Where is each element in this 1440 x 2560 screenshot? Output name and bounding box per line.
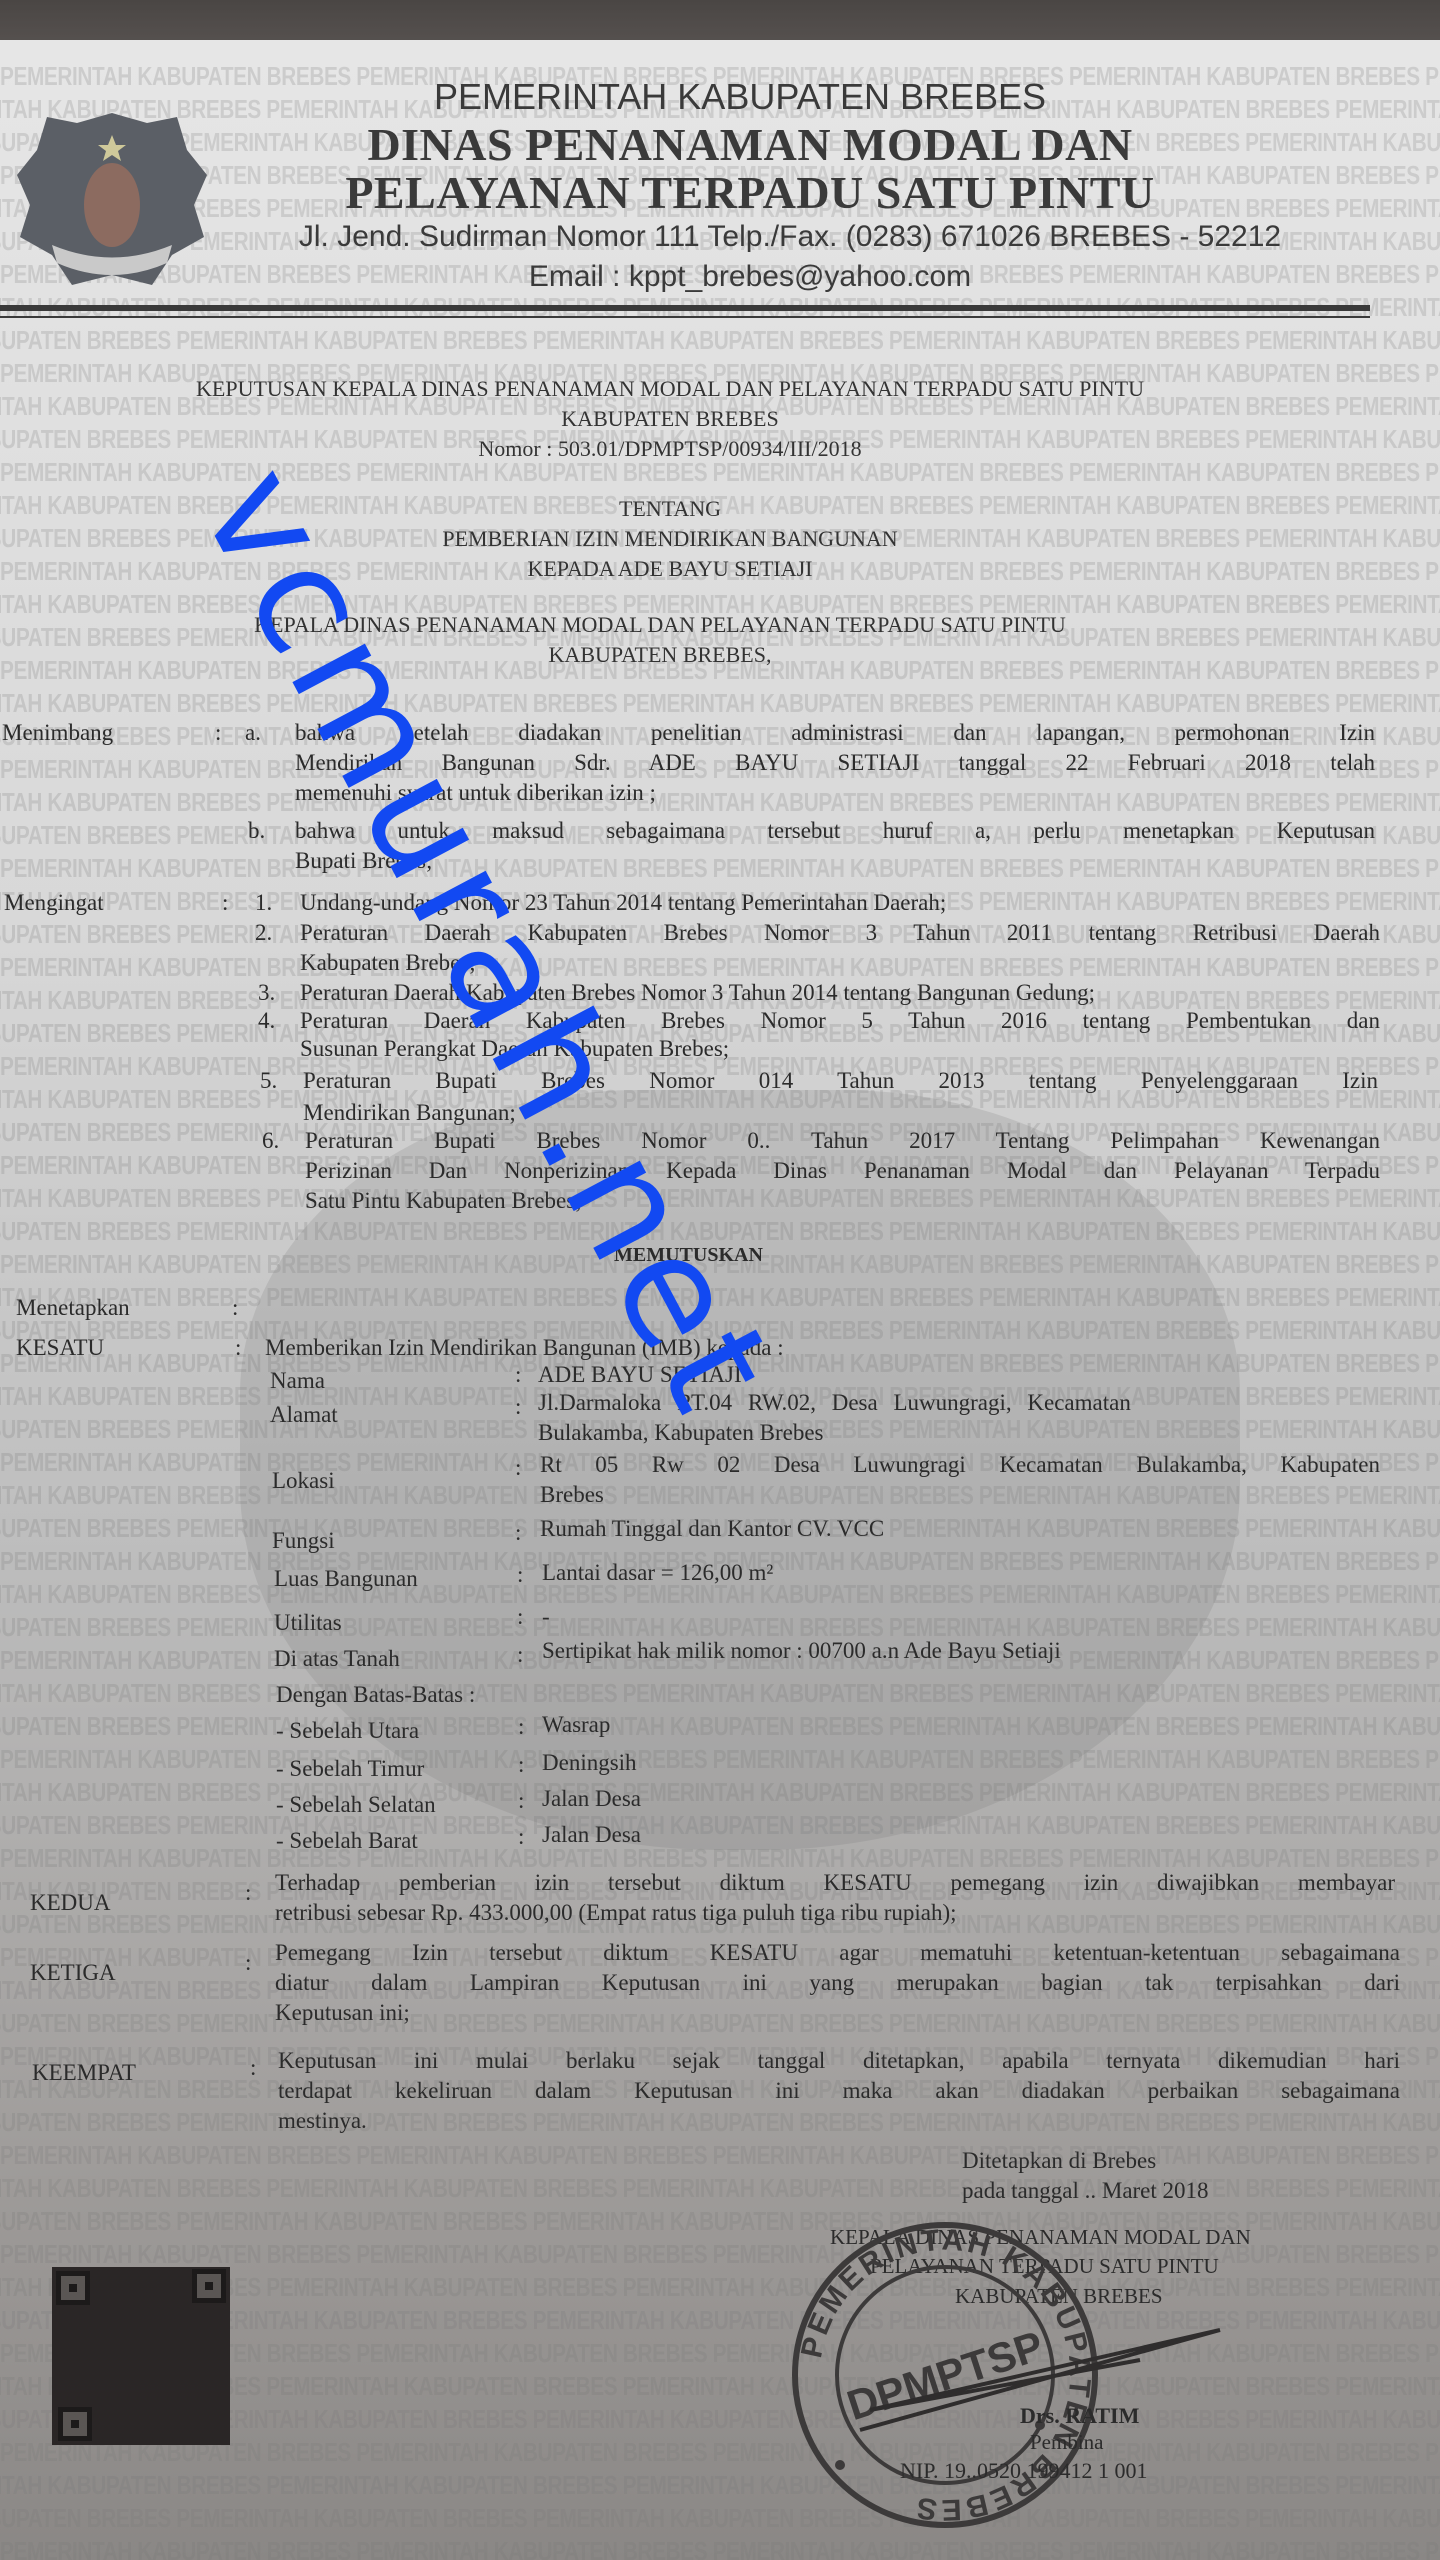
mengingat-1-line1: Undang-undang Nomor 23 Tahun 2014 tentan… (300, 890, 946, 916)
decree-subject-line2: KEPADA ADE BAYU SETIAJI (100, 556, 1240, 582)
boundaries-label: Dengan Batas-Batas : (276, 1682, 475, 1708)
keempat-line1: Keputusan ini mulai berlaku sejak tangga… (278, 2048, 1400, 2074)
issuer-line1: KEPALA DINAS PENANAMAN MODAL DAN PELAYAN… (60, 612, 1260, 638)
menetapkan-label: Menetapkan (16, 1295, 130, 1321)
field-value-lokasi-line1: Rt 05 Rw 02 Desa Luwungragi Kecamatan Bu… (540, 1452, 1380, 1478)
regency-emblem-icon (12, 105, 212, 295)
ketiga-line2: diatur dalam Lampiran Keputusan ini yang… (275, 1970, 1400, 1996)
field-value-lokasi-line2: Brebes (540, 1482, 604, 1508)
boundary-north-sep: : (518, 1714, 524, 1740)
mengingat-4-marker: 4. (258, 1008, 275, 1034)
kesatu-intro: Memberikan Izin Mendirikan Bangunan (IMB… (265, 1335, 784, 1361)
boundary-north-value: Wasrap (542, 1712, 610, 1738)
kedua-line1: Terhadap pemberian izin tersebut diktum … (275, 1870, 1395, 1896)
ketiga-label: KETIGA (30, 1960, 116, 1986)
boundary-west-value: Jalan Desa (542, 1822, 641, 1848)
issuer-line2: KABUPATEN BREBES, (60, 642, 1260, 668)
boundary-east-label: - Sebelah Timur (276, 1756, 424, 1782)
field-label-alamat: Alamat (270, 1402, 338, 1428)
signatory-rank: Pembina (1030, 2430, 1104, 2455)
mengingat-6-line1: Peraturan Bupati Brebes Nomor 0.. Tahun … (305, 1128, 1380, 1154)
menimbang-separator: : (215, 720, 221, 746)
mengingat-2-marker: 2. (255, 920, 272, 946)
decree-title-line2: KABUPATEN BREBES (100, 406, 1240, 432)
field-value-di-atas-tanah: Sertipikat hak milik nomor : 00700 a.n A… (542, 1638, 1061, 1664)
mengingat-5-line1: Peraturan Bupati Brebes Nomor 014 Tahun … (303, 1068, 1378, 1094)
field-value-alamat-line1: Jl.Darmaloka RT.04 RW.02, Desa Luwungrag… (538, 1390, 1131, 1416)
mengingat-4-line2: Susunan Perangkat Daerah Kabupaten Brebe… (300, 1036, 729, 1062)
field-label-nama: Nama (270, 1368, 325, 1394)
mengingat-label: Mengingat (4, 890, 104, 916)
field-sep-lokasi: : (515, 1455, 521, 1481)
letterhead-divider-thick (0, 305, 1370, 311)
signature-date: pada tanggal .. Maret 2018 (962, 2178, 1209, 2204)
kedua-separator: : (245, 1880, 251, 1906)
mengingat-1-marker: 1. (255, 890, 272, 916)
mengingat-4-line1: Peraturan Daerah Kabupaten Brebes Nomor … (300, 1008, 1380, 1034)
field-value-luas-bangunan: Lantai dasar = 126,00 m² (542, 1560, 773, 1586)
field-label-lokasi: Lokasi (272, 1468, 335, 1494)
menimbang-a-marker: a. (245, 720, 261, 746)
field-sep-nama: : (515, 1362, 521, 1388)
signatory-name: Drs. RATIM (1020, 2403, 1139, 2429)
menimbang-b-line1: bahwa untuk maksud sebagaimana tersebut … (295, 818, 1375, 844)
menimbang-a-line3: memenuhi syarat untuk diberikan izin ; (295, 780, 656, 806)
government-name: PEMERINTAH KABUPATEN BREBES (320, 76, 1160, 118)
mengingat-6-line3: Satu Pintu Kabupaten Brebes; (305, 1188, 582, 1214)
field-value-nama: ADE BAYU SETIAJI (538, 1362, 742, 1388)
boundary-east-sep: : (518, 1752, 524, 1778)
field-label-luas-bangunan: Luas Bangunan (274, 1566, 418, 1592)
boundary-west-label: - Sebelah Barat (276, 1828, 418, 1854)
kedua-label: KEDUA (30, 1890, 111, 1916)
ketiga-separator: : (245, 1950, 251, 1976)
menimbang-a-line2: Mendirikan Bangunan Sdr. ADE BAYU SETIAJ… (295, 750, 1375, 776)
agency-email: Email : kppt_brebes@yahoo.com (400, 260, 1100, 294)
field-value-alamat-line2: Bulakamba, Kabupaten Brebes (538, 1420, 824, 1446)
keempat-line3: mestinya. (278, 2108, 367, 2134)
agency-name-line1: DINAS PENANAMAN MODAL DAN (260, 118, 1240, 171)
mengingat-3-marker: 3. (258, 980, 275, 1006)
keempat-separator: : (250, 2055, 256, 2081)
decree-title-line1: KEPUTUSAN KEPALA DINAS PENANAMAN MODAL D… (100, 376, 1240, 402)
kesatu-separator: : (235, 1335, 241, 1361)
field-sep-di-atas-tanah: : (517, 1642, 523, 1668)
field-sep-utilitas: : (517, 1604, 523, 1630)
menimbang-b-line2: Bupati Brebes; (295, 848, 432, 874)
keempat-label: KEEMPAT (32, 2060, 136, 2086)
signatory-nip: NIP. 19..0520 199412 1 001 (900, 2458, 1148, 2484)
mengingat-6-line2: Perizinan Dan Nonperizinan Kepada Dinas … (305, 1158, 1380, 1184)
agency-name-line2: PELAYANAN TERPADU SATU PINTU (260, 166, 1240, 219)
letterhead-divider-thin (0, 316, 1370, 318)
agency-address: Jl. Jend. Sudirman Nomor 111 Telp./Fax. … (240, 220, 1340, 254)
boundary-south-sep: : (518, 1788, 524, 1814)
kesatu-label: KESATU (16, 1335, 104, 1361)
boundary-south-value: Jalan Desa (542, 1786, 641, 1812)
keempat-line2: terdapat kekeliruan dalam Keputusan ini … (278, 2078, 1400, 2104)
mengingat-3-line1: Peraturan Daerah Kabupaten Brebes Nomor … (300, 980, 1095, 1006)
mengingat-2-line2: Kabupaten Brebes; (300, 950, 476, 976)
mengingat-6-marker: 6. (262, 1128, 279, 1154)
decree-subject-line1: PEMBERIAN IZIN MENDIRIKAN BANGUNAN (100, 526, 1240, 552)
field-label-di-atas-tanah: Di atas Tanah (274, 1646, 400, 1672)
menimbang-b-marker: b. (248, 818, 265, 844)
kedua-line2: retribusi sebesar Rp. 433.000,00 (Empat … (275, 1900, 957, 1926)
menetapkan-separator: : (232, 1295, 238, 1321)
boundary-east-value: Deningsih (542, 1750, 637, 1776)
qr-code-icon (52, 2267, 230, 2445)
field-label-fungsi: Fungsi (272, 1528, 335, 1554)
memutuskan-heading: MEMUTUSKAN (614, 1244, 763, 1267)
field-sep-alamat: : (515, 1394, 521, 1420)
field-label-utilitas: Utilitas (274, 1610, 342, 1636)
ketiga-line3: Keputusan ini; (275, 2000, 410, 2026)
mengingat-5-marker: 5. (260, 1068, 277, 1094)
mengingat-5-line2: Mendirikan Bangunan; (303, 1100, 516, 1126)
signature-place: Ditetapkan di Brebes (962, 2148, 1156, 2174)
field-sep-luas-bangunan: : (517, 1562, 523, 1588)
decree-number: Nomor : 503.01/DPMPTSP/00934/III/2018 (100, 436, 1240, 462)
ketiga-line1: Pemegang Izin tersebut diktum KESATU aga… (275, 1940, 1400, 1966)
menimbang-label: Menimbang (2, 720, 113, 746)
boundary-north-label: - Sebelah Utara (276, 1718, 419, 1744)
field-value-fungsi: Rumah Tinggal dan Kantor CV. VCC (540, 1516, 884, 1542)
boundary-west-sep: : (518, 1824, 524, 1850)
menimbang-a-line1: bahwa setelah diadakan penelitian admini… (295, 720, 1375, 746)
field-sep-fungsi: : (515, 1520, 521, 1546)
mengingat-separator: : (222, 890, 228, 916)
mengingat-2-line1: Peraturan Daerah Kabupaten Brebes Nomor … (300, 920, 1380, 946)
boundary-south-label: - Sebelah Selatan (276, 1792, 436, 1818)
tentang-label: TENTANG (100, 496, 1240, 522)
field-value-utilitas: - (542, 1604, 550, 1630)
